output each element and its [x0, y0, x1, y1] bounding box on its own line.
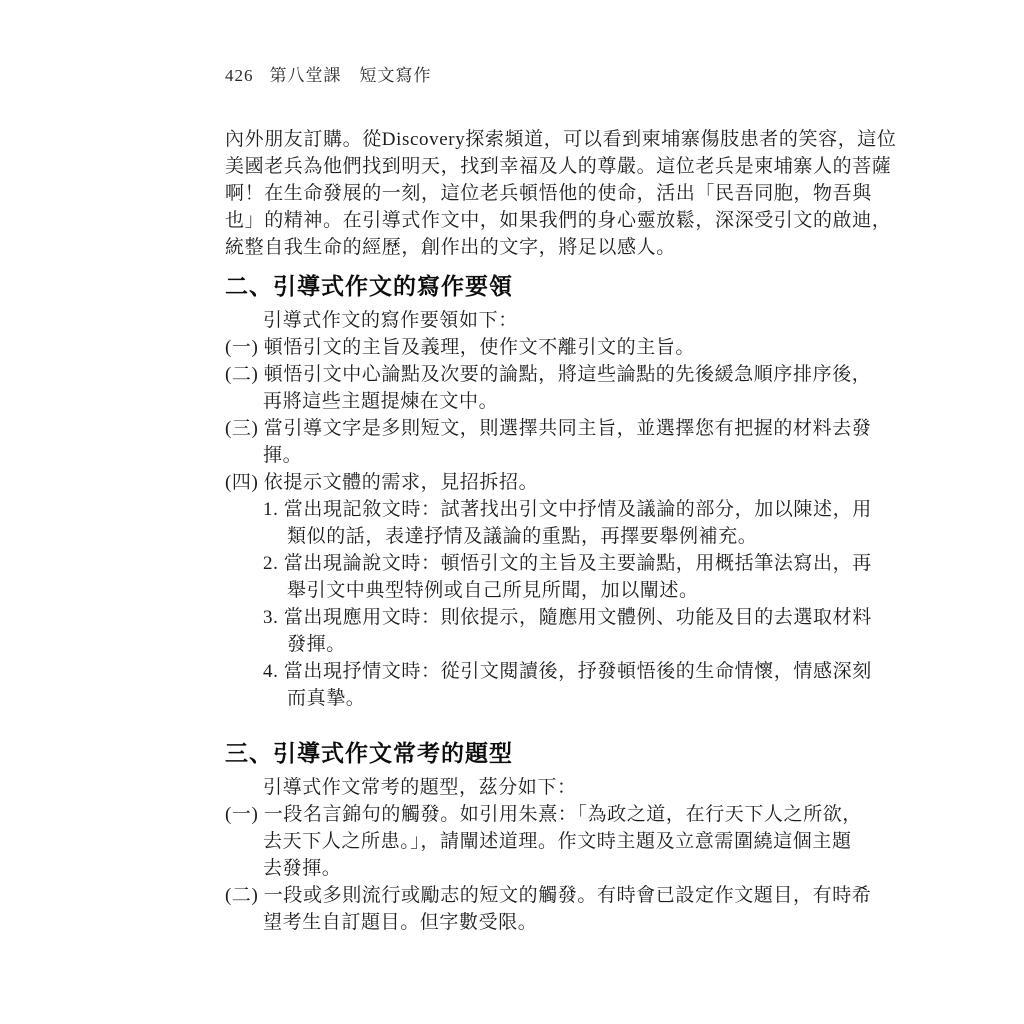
section-body-writing-essentials: 引導式作文的寫作要領如下：(一) 頓悟引文的主旨及義理，使作文不離引文的主旨。(…	[225, 307, 809, 712]
text-line: 內外朋友訂購。從Discovery探索頻道，可以看到柬埔寨傷肢患者的笑容，這位	[225, 126, 809, 153]
text-line: 啊！在生命發展的一刻，這位老兵頓悟他的使命，活出「民吾同胞，物吾與	[225, 180, 809, 207]
text-line: 舉引文中典型特例或自己所見所聞，加以闡述。	[225, 577, 809, 604]
text-line: (二) 頓悟引文中心論點及次要的論點，將這些論點的先後緩急順序排序後，	[225, 361, 809, 388]
running-header: 426 第八堂課 短文寫作	[225, 66, 809, 86]
text-line: 也」的精神。在引導式作文中，如果我們的身心靈放鬆，深深受引文的啟迪，	[225, 207, 809, 234]
text-line: 而真摯。	[225, 685, 809, 712]
section-heading-writing-essentials: 二、引導式作文的寫作要領	[225, 271, 809, 301]
text-line: (一) 一段名言錦句的觸發。如引用朱熹：「為政之道，在行天下人之所欲，	[225, 801, 809, 828]
text-line: 引導式作文常考的題型，茲分如下：	[225, 774, 809, 801]
text-line: 1. 當出現記敘文時：試著找出引文中抒情及議論的部分，加以陳述，用	[225, 496, 809, 523]
text-line: 類似的話，表達抒情及議論的重點，再擇要舉例補充。	[225, 523, 809, 550]
text-line: 4. 當出現抒情文時：從引文閱讀後，抒發頓悟後的生命情懷，情感深刻	[225, 658, 809, 685]
text-line: (一) 頓悟引文的主旨及義理，使作文不離引文的主旨。	[225, 334, 809, 361]
text-line: 去天下人之所患。」，請闡述道理。作文時主題及立意需圍繞這個主題	[225, 828, 809, 855]
book-title: 短文寫作	[360, 66, 432, 86]
intro-paragraph: 內外朋友訂購。從Discovery探索頻道，可以看到柬埔寨傷肢患者的笑容，這位美…	[225, 126, 809, 261]
page-number: 426	[225, 66, 254, 86]
text-line: 發揮。	[225, 631, 809, 658]
text-line: 統整自我生命的經歷，創作出的文字，將足以感人。	[225, 234, 809, 261]
text-line: 3. 當出現應用文時：則依提示，隨應用文體例、功能及目的去選取材料	[225, 604, 809, 631]
text-line: (三) 當引導文字是多則短文，則選擇共同主旨，並選擇您有把握的材料去發	[225, 415, 809, 442]
text-line: (二) 一段或多則流行或勵志的短文的觸發。有時會已設定作文題目，有時希	[225, 882, 809, 909]
text-line: 再將這些主題提煉在文中。	[225, 388, 809, 415]
book-page: 426 第八堂課 短文寫作 內外朋友訂購。從Discovery探索頻道，可以看到…	[225, 0, 809, 936]
text-line: 美國老兵為他們找到明天，找到幸福及人的尊嚴。這位老兵是柬埔寨人的菩薩	[225, 153, 809, 180]
chapter-label: 第八堂課	[270, 66, 342, 86]
section-heading-common-question-types: 三、引導式作文常考的題型	[225, 738, 809, 768]
text-line: (四) 依提示文體的需求，見招拆招。	[225, 469, 809, 496]
text-line: 引導式作文的寫作要領如下：	[225, 307, 809, 334]
text-line: 2. 當出現論說文時：頓悟引文的主旨及主要論點，用概括筆法寫出，再	[225, 550, 809, 577]
text-line: 望考生自訂題目。但字數受限。	[225, 909, 809, 936]
text-line: 揮。	[225, 442, 809, 469]
section-body-common-question-types: 引導式作文常考的題型，茲分如下：(一) 一段名言錦句的觸發。如引用朱熹：「為政之…	[225, 774, 809, 936]
text-line: 去發揮。	[225, 855, 809, 882]
